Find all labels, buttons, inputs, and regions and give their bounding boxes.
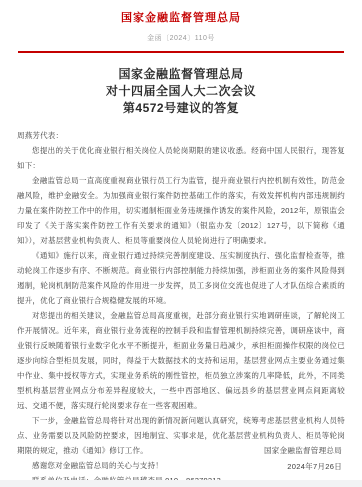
page-bottom-edge xyxy=(0,480,362,487)
title-line-2: 对十四届全国人大二次会议 xyxy=(0,83,362,100)
document-title: 国家金融监督管理总局 对十四届全国人大二次会议 第4572号建议的答复 xyxy=(0,66,362,117)
addressee-line: 周燕芳代表： xyxy=(17,128,345,143)
paragraph-2: 金融监管总局一直高度重视商业银行员工行为监管，提升商业银行内控机制有效性，防范金… xyxy=(17,173,345,248)
signature-date: 2024年7月26日 xyxy=(264,459,342,475)
document-body: 周燕芳代表： 您提出的关于优化商业银行相关岗位人员轮岗期限的建议收悉。经商中国人… xyxy=(17,128,345,487)
title-line-1: 国家金融监督管理总局 xyxy=(0,66,362,83)
document-number: 金函〔2024〕110号 xyxy=(0,33,362,43)
signature-org: 国家金融监督管理总局 xyxy=(264,443,342,459)
paragraph-4: 对您提出的相关建议，金融监管总局高度重视，赴部分商业银行实地调研座谈，了解轮岗工… xyxy=(17,308,345,413)
paragraph-3: 《通知》施行以来，商业银行通过持续完善制度建设、压实制度执行、强化监督检查等，推… xyxy=(17,248,345,308)
issuing-agency-header: 国家金融监督管理总局 xyxy=(0,0,362,25)
red-divider-line xyxy=(18,51,344,53)
signature-block: 国家金融监督管理总局 2024年7月26日 xyxy=(258,443,342,475)
document-page: 国家金融监督管理总局 金函〔2024〕110号 国家金融监督管理总局 对十四届全… xyxy=(0,0,362,487)
paragraph-1: 您提出的关于优化商业银行相关岗位人员轮岗期限的建议收悉。经商中国人民银行，现答复… xyxy=(17,143,345,173)
title-line-3: 第4572号建议的答复 xyxy=(0,100,362,117)
